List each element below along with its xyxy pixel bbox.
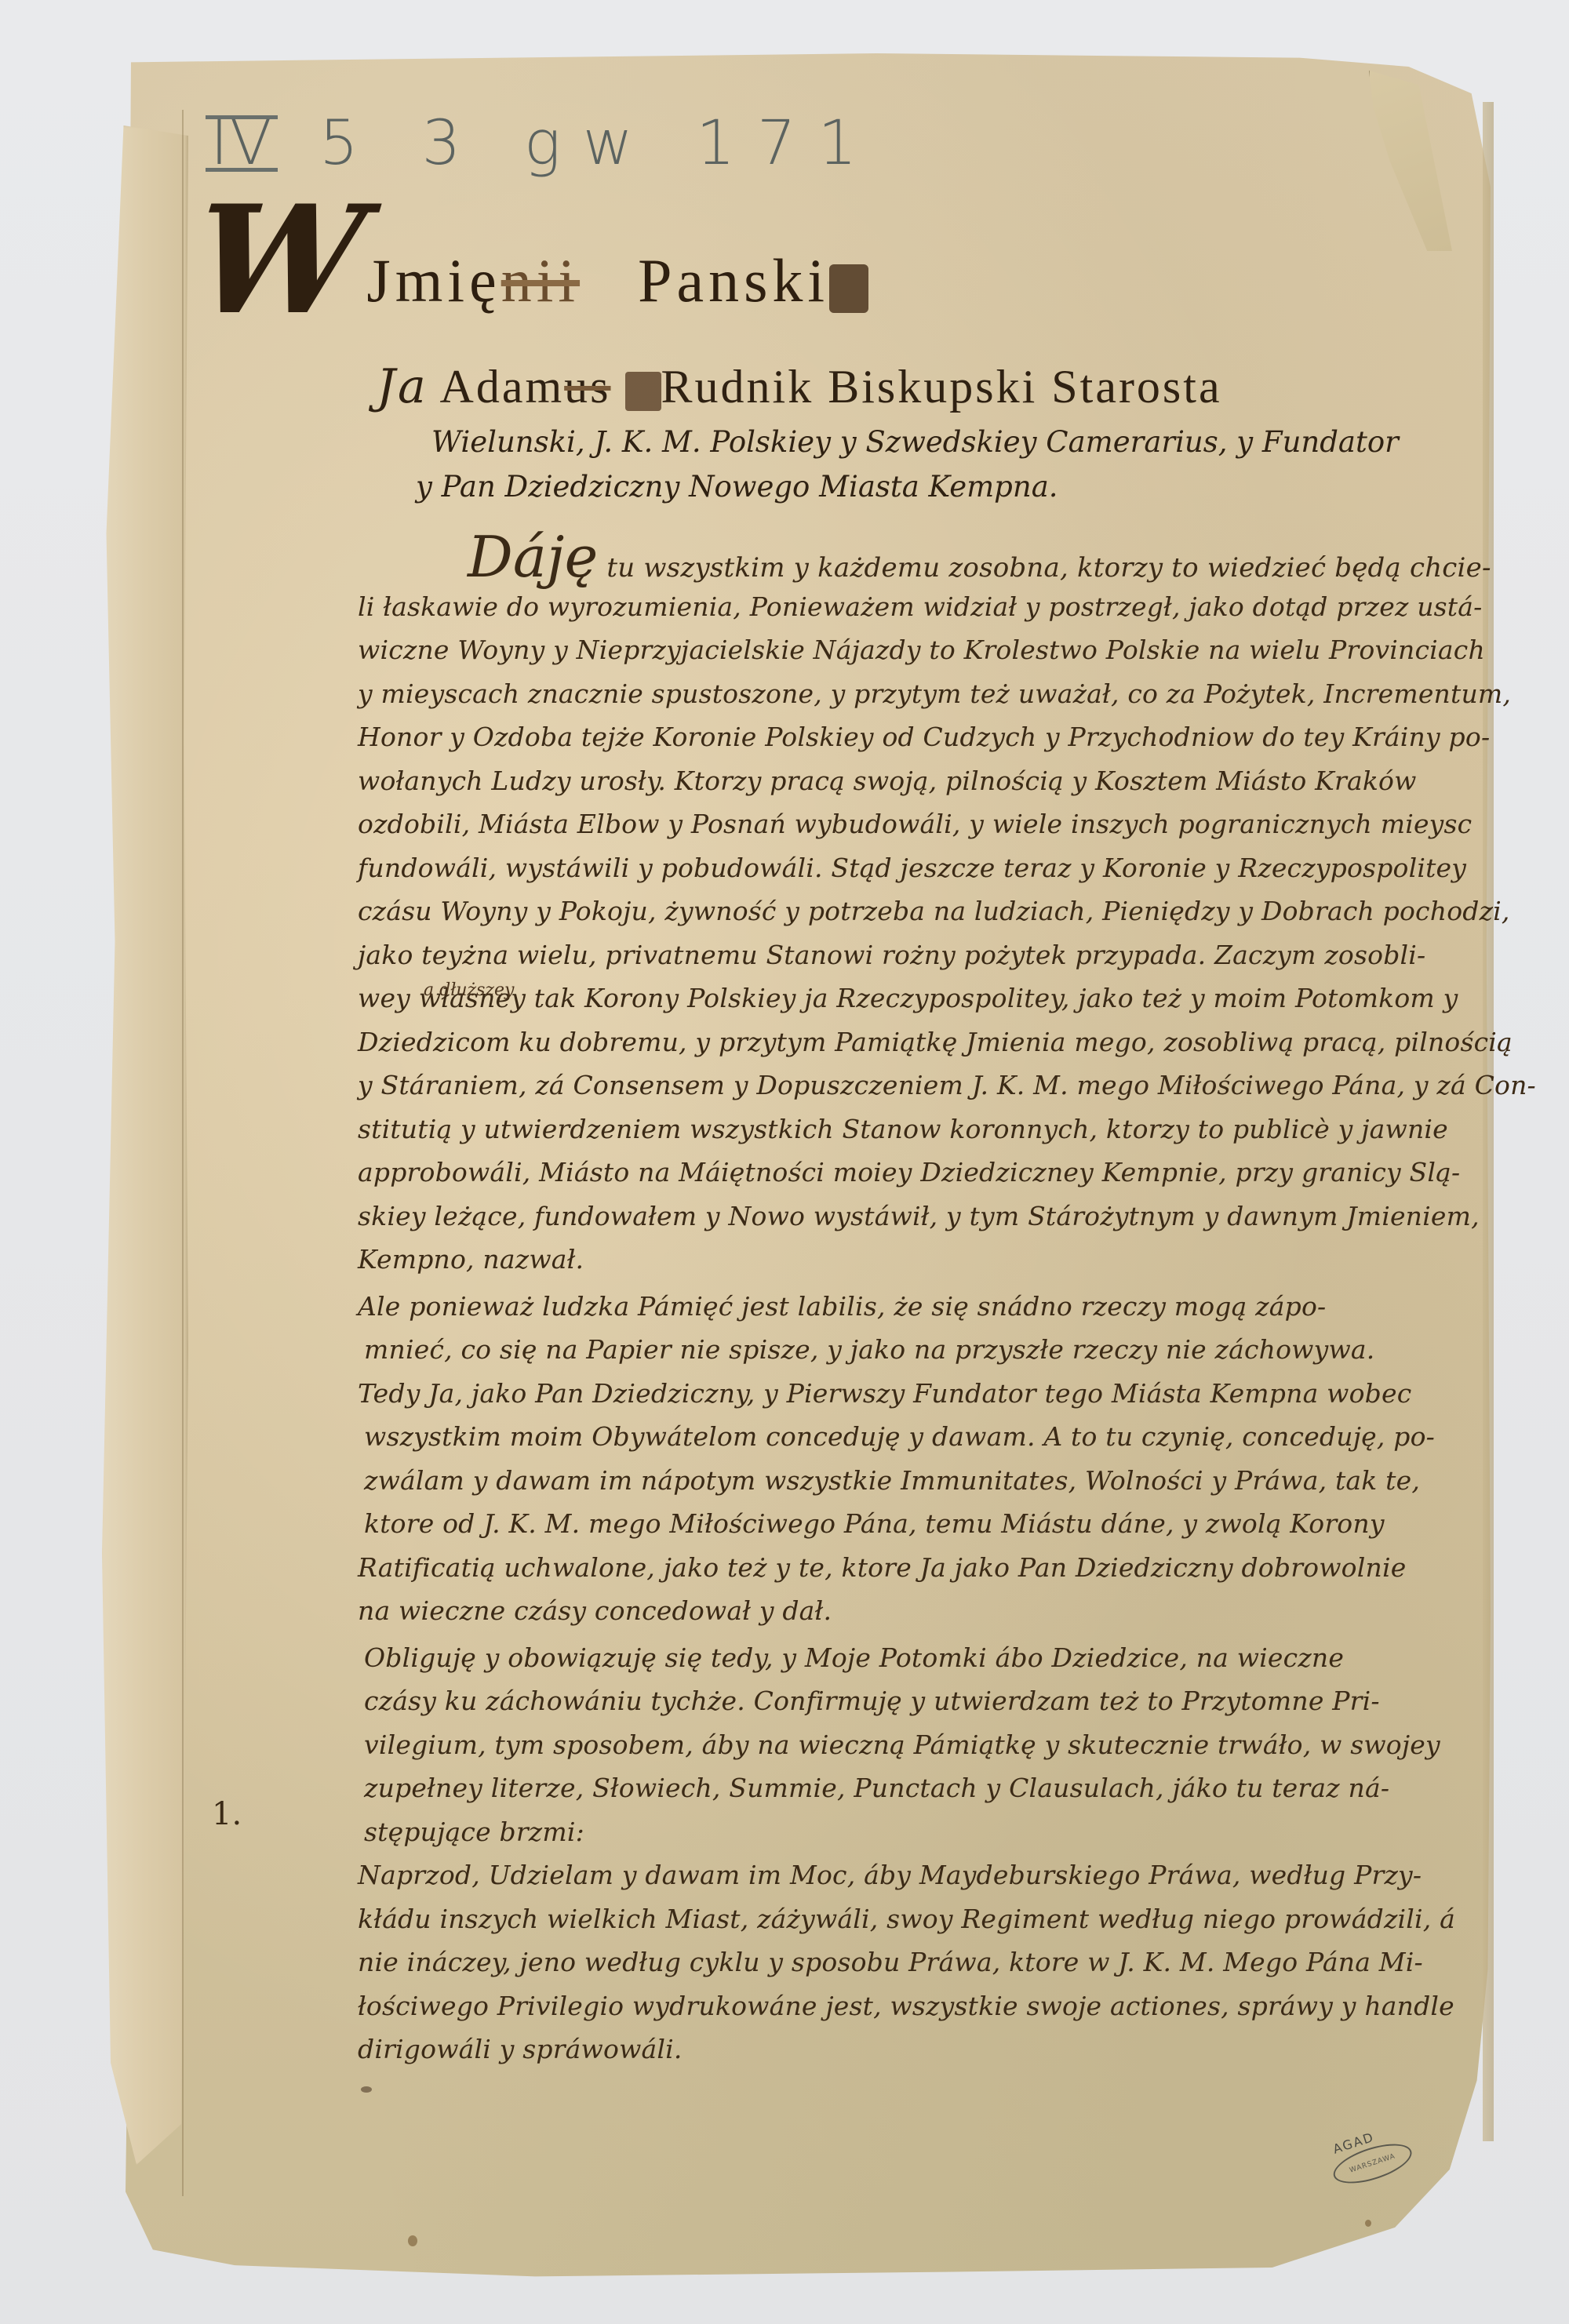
ink-blot	[829, 264, 868, 313]
invocation-word-2: Panski	[638, 245, 829, 316]
ink-stain	[361, 2086, 372, 2093]
struck-text: nii	[501, 245, 580, 316]
body-line-text: tu wszystkim y każdemu zosobna, ktorzy t…	[606, 552, 1491, 584]
body-line: wszystkim moim Obywátelom conceduję y da…	[358, 1415, 1472, 1459]
charter-body: Dáję tu wszystkim y każdemu zosobna, kto…	[358, 541, 1472, 2071]
body-line: li łaskawie do wyrozumienia, Ponieważem …	[358, 585, 1472, 629]
body-line: stitutią y utwierdzeniem wszystkich Stan…	[358, 1107, 1472, 1151]
heading-title: Rudnik Biskupski Starosta	[661, 361, 1222, 413]
body-line: stępujące brzmi:	[358, 1810, 1472, 1854]
invocation-word-1: Jmię	[366, 245, 501, 316]
body-line: Dáję tu wszystkim y każdemu zosobna, kto…	[358, 541, 1472, 585]
body-line: czásu Woyny y Pokoju, żywność y potrzeba…	[358, 889, 1472, 933]
ink-stain	[1365, 2220, 1371, 2227]
torn-left-margin	[102, 125, 188, 2165]
body-line: y Stáraniem, zá Consensem y Dopuszczenie…	[358, 1064, 1472, 1107]
interlinear-correction: a dłuższey	[424, 980, 514, 1000]
catalog-number: 5 3 gw 171	[319, 108, 879, 179]
body-line: dirigowáli y spráwowáli.	[358, 2028, 1472, 2071]
margin-article-number: 1.	[212, 1796, 242, 1832]
body-line: czásy ku záchowániu tychże. Confirmuję y…	[358, 1679, 1472, 1723]
body-line: łościwego Privilegio wydrukowáne jest, w…	[358, 1984, 1472, 2028]
body-line: ktore od J. K. M. mego Miłościwego Pána,…	[358, 1502, 1472, 1546]
body-line: Naprzod, Udzielam y dawam im Moc, áby Ma…	[358, 1853, 1472, 1897]
body-line: skiey leżące, fundowałem y Nowo wystáwił…	[358, 1195, 1472, 1238]
body-line: nie ináczey, jeno według cyklu y sposobu…	[358, 1940, 1472, 1984]
body-line: Ratificatią uchwalone, jako też y te, kt…	[358, 1546, 1472, 1590]
body-line: wiczne Woyny y Nieprzyjacielskie Nájazdy…	[358, 628, 1472, 672]
body-line: y mieyscach znacznie spustoszone, y przy…	[358, 672, 1472, 716]
heading-line-1: Ja Adamus Rudnik Biskupski Starosta	[377, 359, 1443, 414]
archive-catalog-mark: IV 5 3 gw 171	[206, 108, 879, 179]
body-line: wey własney tak Korony Polskiey ja Rzecz…	[358, 977, 1472, 1020]
ink-blot	[625, 372, 661, 411]
body-line: Tedy Ja, jako Pan Dziedziczny, y Pierwsz…	[358, 1372, 1472, 1416]
body-line: zwálam y dawam im nápotym wszystkie Immu…	[358, 1459, 1472, 1503]
catalog-roman-numeral: IV	[206, 115, 278, 172]
struck-text: us	[564, 361, 610, 413]
body-line: mnieć, co się na Papier nie spisze, y ja…	[358, 1328, 1472, 1372]
body-line: Obliguję y obowiązuję się tedy, y Moje P…	[358, 1636, 1472, 1680]
body-line: Kempno, nazwał.	[358, 1238, 1472, 1282]
body-line: Ale ponieważ ludzka Pámięć jest labilis,…	[358, 1285, 1472, 1329]
ornamental-initial: W	[187, 173, 373, 347]
body-line: ozdobili, Miásta Elbow y Posnań wybudowá…	[358, 802, 1472, 846]
body-line: fundowáli, wystáwili y pobudowáli. Stąd …	[358, 846, 1472, 890]
body-line: Honor y Ozdoba tejże Koronie Polskiey od…	[358, 715, 1472, 759]
heading-line-3: y Pan Dziedziczny Nowego Miasta Kempna.	[416, 470, 1443, 504]
body-dropcap: Dáję	[468, 524, 598, 590]
heading-name: Adam	[440, 361, 565, 413]
heading-line-2: Wielunski, J. K. M. Polskiey y Szwedskie…	[431, 425, 1443, 459]
body-line: jako teyżna wielu, privatnemu Stanowi ro…	[358, 933, 1472, 977]
body-line: vilegium, tym sposobem, áby na wieczną P…	[358, 1723, 1472, 1767]
invocation-title: W Jmięnii Panski	[196, 173, 868, 347]
body-line: na wieczne czásy concedował y dał.	[358, 1589, 1472, 1633]
body-line: zupełney literze, Słowiech, Summie, Punc…	[358, 1766, 1472, 1810]
right-edge-shadow	[1483, 102, 1494, 2141]
grantor-heading: Ja Adamus Rudnik Biskupski Starosta Wiel…	[377, 359, 1443, 504]
ink-stain	[408, 2235, 417, 2246]
fold-crease	[182, 110, 184, 2196]
body-line: wołanych Ludzy urosły. Ktorzy pracą swoj…	[358, 759, 1472, 803]
body-line: kłádu inszych wielkich Miast, záżywáli, …	[358, 1897, 1472, 1941]
heading-ja: Ja	[377, 359, 428, 414]
body-line: Dziedzicom ku dobremu, y przytym Pamiątk…	[358, 1020, 1472, 1064]
body-line: approbowáli, Miásto na Máiętności moiey …	[358, 1151, 1472, 1195]
